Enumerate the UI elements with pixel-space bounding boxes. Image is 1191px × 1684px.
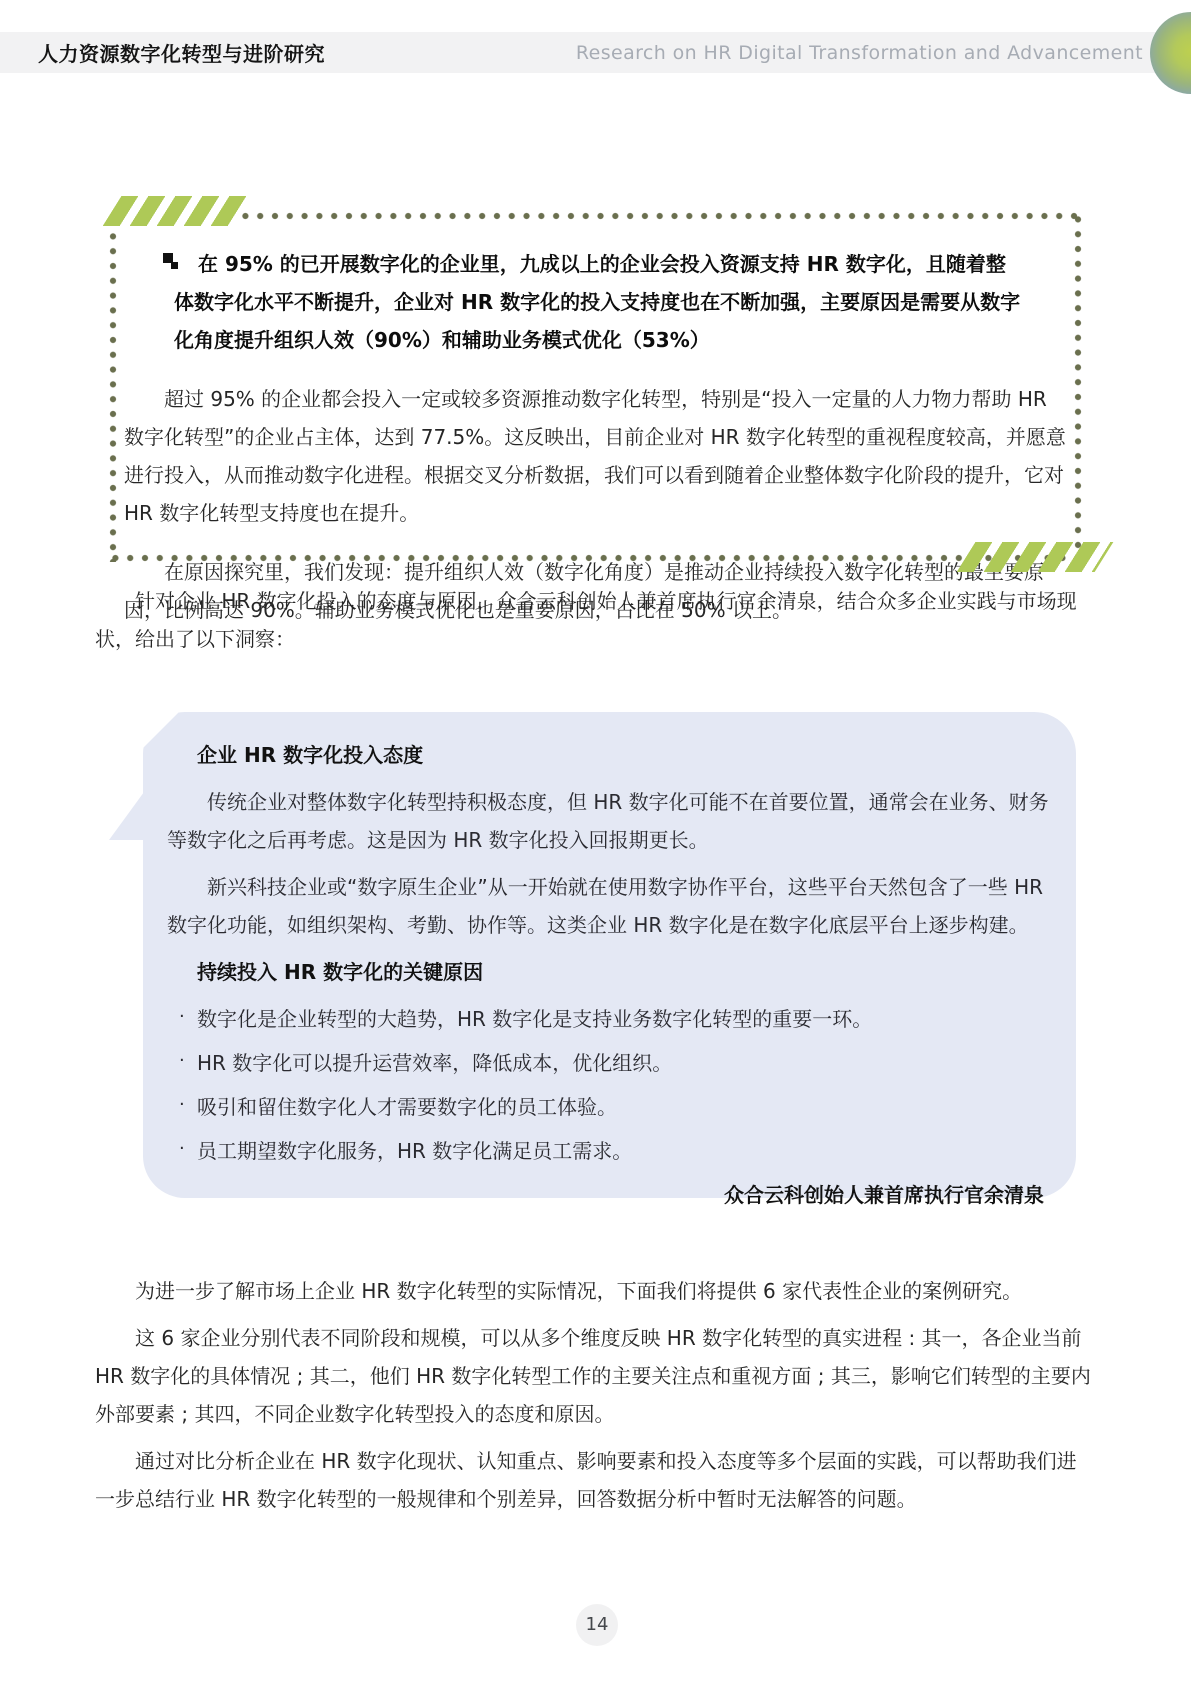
highlight-box: 在 95% 的已开展数字化的企业里，九成以上的企业会投入资源支持 HR 数字化，… (108, 215, 1078, 558)
header-title-cn: 人力资源数字化转型与进阶研究 (38, 38, 325, 67)
bullet-item: 员工期望数字化服务，HR 数字化满足员工需求。 (167, 1132, 1052, 1170)
bullet-item: 吸引和留住数字化人才需要数字化的员工体验。 (167, 1088, 1052, 1126)
closing-paragraph: 为进一步了解市场上企业 HR 数字化转型的实际情况，下面我们将提供 6 家代表性… (95, 1272, 1096, 1310)
dotted-border-right (1074, 212, 1082, 562)
dotted-border-top (238, 212, 1082, 220)
document-page: 人力资源数字化转型与进阶研究 Research on HR Digital Tr… (0, 0, 1191, 1684)
highlight-lead-text: 在 95% 的已开展数字化的企业里，九成以上的企业会投入资源支持 HR 数字化，… (174, 252, 1020, 352)
page-header: 人力资源数字化转型与进阶研究 Research on HR Digital Tr… (0, 32, 1157, 73)
page-number-badge: 14 (576, 1604, 618, 1646)
bullet-item: HR 数字化可以提升运营效率，降低成本，优化组织。 (167, 1044, 1052, 1082)
highlight-lead: 在 95% 的已开展数字化的企业里，九成以上的企业会投入资源支持 HR 数字化，… (174, 245, 1022, 359)
closing-section: 为进一步了解市场上企业 HR 数字化转型的实际情况，下面我们将提供 6 家代表性… (0, 1272, 1191, 1527)
closing-paragraph: 通过对比分析企业在 HR 数字化现状、认知重点、影响要素和投入态度等多个层面的实… (95, 1442, 1096, 1518)
bubble-bullet-list: 数字化是企业转型的大趋势，HR 数字化是支持业务数字化转型的重要一环。 HR 数… (167, 1000, 1052, 1170)
intro-paragraph: 针对企业 HR 数字化投入的态度与原因，众合云科创始人兼首席执行官余清泉，结合众… (95, 582, 1096, 658)
corner-stripes-bottom-right (957, 542, 1114, 572)
gradient-sphere-decoration (1150, 12, 1191, 94)
speech-bubble-tail (109, 792, 144, 840)
bubble-heading-reasons: 持续投入 HR 数字化的关键原因 (167, 953, 1052, 991)
bubble-paragraph: 新兴科技企业或“数字原生企业”从一开始就在使用数字协作平台，这些平台天然包含了一… (167, 868, 1052, 944)
dotted-border-left (109, 229, 117, 562)
quote-attribution: 众合云科创始人兼首席执行官余清泉 (167, 1176, 1052, 1214)
bullet-item: 数字化是企业转型的大趋势，HR 数字化是支持业务数字化转型的重要一环。 (167, 1000, 1052, 1038)
quote-mark-icon (163, 253, 181, 271)
bubble-content: 企业 HR 数字化投入态度 传统企业对整体数字化转型持积极态度，但 HR 数字化… (143, 712, 1076, 1214)
highlight-paragraph: 超过 95% 的企业都会投入一定或较多资源推动数字化转型，特别是“投入一定量的人… (124, 380, 1066, 532)
dotted-border-bottom (108, 554, 1082, 562)
bubble-paragraph: 传统企业对整体数字化转型持积极态度，但 HR 数字化可能不在首要位置，通常会在业… (167, 783, 1052, 859)
expert-quote-bubble: 企业 HR 数字化投入态度 传统企业对整体数字化转型持积极态度，但 HR 数字化… (143, 712, 1076, 1198)
closing-paragraph: 这 6 家企业分别代表不同阶段和规模，可以从多个维度反映 HR 数字化转型的真实… (95, 1319, 1096, 1433)
corner-stripes-top-left (103, 196, 250, 226)
header-title-en: Research on HR Digital Transformation an… (576, 42, 1143, 64)
intro-section: 针对企业 HR 数字化投入的态度与原因，众合云科创始人兼首席执行官余清泉，结合众… (0, 582, 1191, 667)
bubble-heading-attitude: 企业 HR 数字化投入态度 (167, 736, 1052, 774)
